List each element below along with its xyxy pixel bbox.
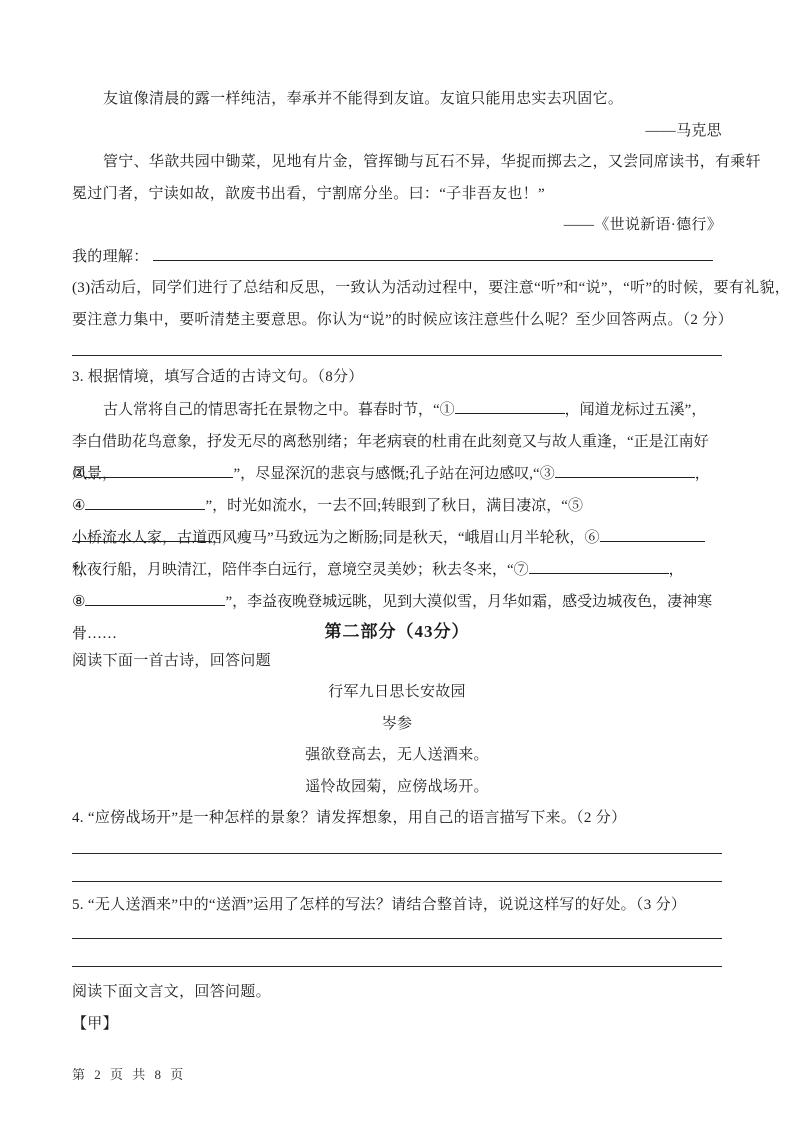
text-segment: ， [695,466,710,482]
text-segment: ② [72,466,85,482]
question3-line3: ②”，尽显深沉的悲哀与感慨;孔子站在河边感叹,“③， [72,458,722,490]
question2-3-line2: 要注意力集中，要听清楚主要意思。你认为“说”的时候应该注意些什么呢？至少回答两点… [72,305,722,337]
question3-line7: ⑧”，李益夜晚登城远眺，见到大漠似雪，月华如霜，感受边城夜色，凄神寒骨…… [72,586,722,618]
question3-line1: 古人常将自己的情思寄托在景物之中。暮春时节，“①，闻道龙标过五溪”， [72,394,722,426]
poem-line2: 遥怜故园菊，应傍战场开。 [72,772,722,804]
answer-blank-7 [529,559,669,574]
my-understanding-label: 我的理解： [72,249,149,265]
text-segment: ④ [72,498,85,514]
guanning-passage-line1: 管宁、华歆共园中锄菜，见地有片金，管挥锄与瓦石不异，华捉而掷去之，又尝同席读书，… [72,147,722,179]
quote-attribution-shishuo: ——《世说新语·德行》 [72,210,722,242]
question3-line6: 秋夜行船，月映清江，陪伴李白远行，意境空灵美妙；秋去冬来，“⑦， [72,554,722,586]
question3-line5: 小桥流水人家，古道西风瘦马”马致远为之断肠;同是秋天，“峨眉山月半轮秋，⑥”， [72,522,722,554]
guanning-passage-line2: 冕过门者，宁读如故，歆废书出看，宁割席分坐。曰：“子非吾友也！” [72,179,722,211]
answer-line [72,835,722,854]
question3-line2: 李白借助花鸟意象，抒发无尽的离愁别绪；年老病衰的杜甫在此刻竟又与故人重逢，“正是… [72,426,722,458]
answer-line [72,921,722,939]
text-segment: ”，时光如流水，一去不回;转眼到了秋日，满目凄凉，“⑤ [205,498,583,514]
poem-line1: 强欲登高去，无人送酒来。 [72,740,722,772]
reading2-jia-label: 【甲】 [72,1009,722,1041]
text-segment: 秋夜行船，月映清江，陪伴李白远行，意境空灵美妙；秋去冬来，“⑦ [72,562,529,578]
answer-blank-1 [455,399,565,414]
answer-line [72,854,722,882]
answer-line [72,939,722,967]
text-segment: ， [669,562,684,578]
question2-3-line1: (3)活动后，同学们进行了总结和反思，一致认为活动过程中，要注意“听”和“说”，… [72,273,722,305]
answer-blank [153,246,713,261]
page-content: 友谊像清晨的露一样纯洁，奉承并不能得到友谊。友谊只能用忠实去巩固它。 ——马克思… [72,0,722,1040]
my-understanding-row: 我的理解： [72,242,722,274]
text-segment: 古人常将自己的情思寄托在景物之中。暮春时节，“① [103,402,455,418]
poem-author: 岑参 [72,709,722,741]
text-segment: ”，尽显深沉的悲哀与感慨;孔子站在河边感叹,“③ [233,466,554,482]
question5-text: 5. “无人送酒来”中的“送酒”运用了怎样的写法？请结合整首诗，说说这样写的好处… [72,890,722,922]
page-footer: 第 2 页 共 8 页 [72,1064,186,1083]
text-segment: 小桥流水人家，古道西风瘦马”马致远为之断肠;同是秋天，“峨眉山月半轮秋，⑥ [72,530,600,546]
exam-page: 友谊像清晨的露一样纯洁，奉承并不能得到友谊。友谊只能用忠实去巩固它。 ——马克思… [0,0,793,1122]
answer-blank-2 [85,463,233,478]
question3-line4: ④”，时光如流水，一去不回;转眼到了秋日，满目凄凉，“⑤， [72,490,722,522]
friendship-quote: 友谊像清晨的露一样纯洁，奉承并不能得到友谊。友谊只能用忠实去巩固它。 [72,84,722,116]
answer-blank-8 [85,591,225,606]
question4-text: 4. “应傍战场开”是一种怎样的景象？请发挥想象，用自己的语言描写下来。（2 分… [72,803,722,835]
reading2-intro: 阅读下面文言文，回答问题。 [72,977,722,1009]
poem-title: 行军九日思长安故园 [72,677,722,709]
question3-heading: 3. 根据情境，填写合适的古诗文句。（8分） [72,362,722,394]
text-segment: ，闻道龙标过五溪”， [565,402,707,418]
text-segment: ⑧ [72,594,85,610]
answer-line [72,336,722,356]
part2-intro: 阅读下面一首古诗，回答问题 [72,646,722,678]
answer-blank-3 [555,463,695,478]
answer-blank-4 [85,495,205,510]
quote-attribution-marx: ——马克思 [72,116,722,148]
part2-heading: 第二部分（43分） [72,618,722,646]
answer-blank-6 [600,527,705,542]
